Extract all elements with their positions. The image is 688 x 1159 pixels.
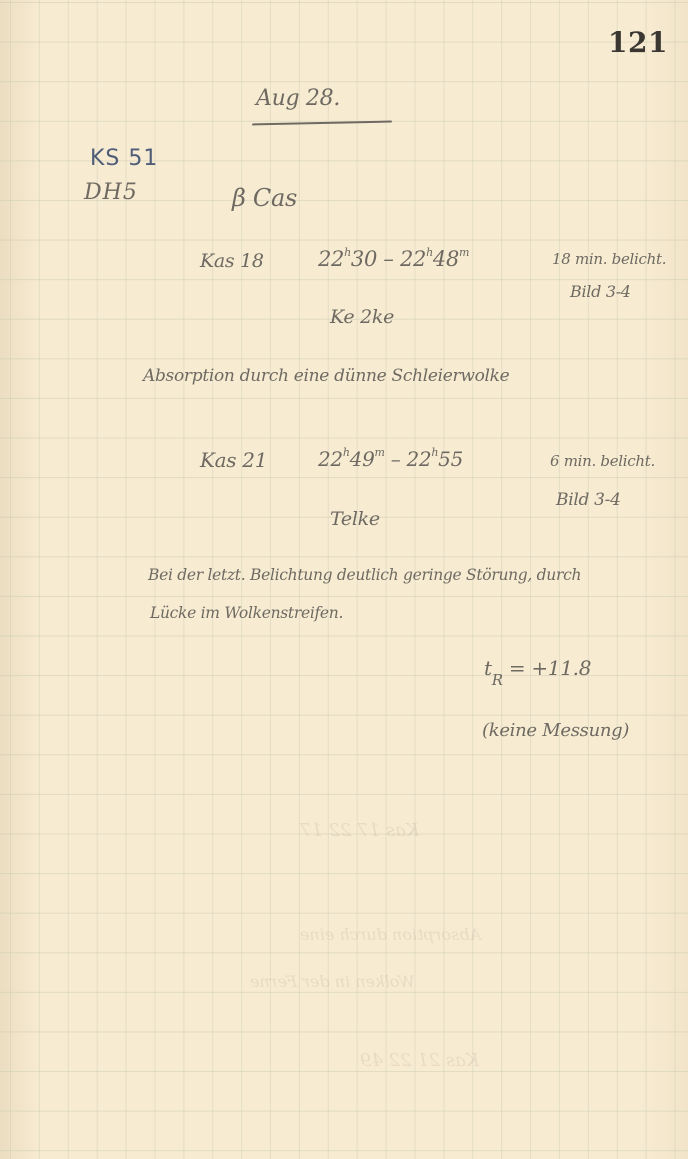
bild-range: Bild 3-4 xyxy=(570,282,631,301)
time-end-hour: 22 xyxy=(400,247,426,271)
time-unit: m xyxy=(459,246,469,259)
plate-number: Kas 18 xyxy=(200,250,264,272)
result-formula: tR = +11.8 xyxy=(484,656,591,689)
exposure-time: 22h49m – 22h55 xyxy=(318,446,463,471)
plate-number: Kas 21 xyxy=(200,448,267,472)
result-remark: (keine Messung) xyxy=(482,720,629,741)
date-underline xyxy=(252,121,392,126)
bleed-through-text: Kas 21 22 49 xyxy=(360,1050,479,1071)
bleed-through-text: Absorption durch eine xyxy=(300,925,481,944)
time-unit: h xyxy=(426,246,433,259)
observer-name: Ke 2ke xyxy=(330,306,394,328)
time-unit: h xyxy=(343,446,350,459)
time-start-hour: 22 xyxy=(318,447,343,471)
entry-date: Aug 28. xyxy=(256,86,340,111)
time-end-hour: 22 xyxy=(406,447,431,471)
absorption-note: Absorption durch eine dünne Schleierwolk… xyxy=(143,366,509,386)
time-end-minute: 48 xyxy=(433,247,459,271)
time-end-minute: 55 xyxy=(438,447,463,471)
exposure-note-line-1: Bei der letzt. Belichtung deutlich gerin… xyxy=(148,566,581,584)
time-start-minute: 30 xyxy=(351,247,377,271)
time-separator: – xyxy=(385,447,407,471)
formula-variable: t xyxy=(484,656,492,680)
catalog-dh-number: DH5 xyxy=(84,180,138,205)
time-unit: h xyxy=(344,246,351,259)
bleed-through-text: Kas 17 22 17 xyxy=(300,820,419,841)
time-unit: m xyxy=(375,446,385,459)
target-star: β Cas xyxy=(232,184,297,212)
page-number: 121 xyxy=(608,26,668,59)
formula-value: = +11.8 xyxy=(509,656,591,680)
formula-subscript: R xyxy=(492,671,503,689)
time-separator: – xyxy=(377,247,400,271)
exposure-note-line-2: Lücke im Wolkenstreifen. xyxy=(150,604,343,622)
exposure-time: 22h30 – 22h48m xyxy=(318,246,469,271)
exposure-duration: 6 min. belicht. xyxy=(550,452,655,470)
bild-range: Bild 3-4 xyxy=(556,490,621,510)
time-start-minute: 49 xyxy=(350,447,375,471)
notebook-page: Kas 17 22 17 Absorption durch eine Wolke… xyxy=(0,0,688,1159)
bleed-through-text: Wolken in der Ferne xyxy=(250,972,415,991)
observer-name: Telke xyxy=(330,508,380,530)
catalog-ks-number: KS 51 xyxy=(90,146,158,171)
time-start-hour: 22 xyxy=(318,247,344,271)
exposure-duration: 18 min. belicht. xyxy=(552,250,666,268)
